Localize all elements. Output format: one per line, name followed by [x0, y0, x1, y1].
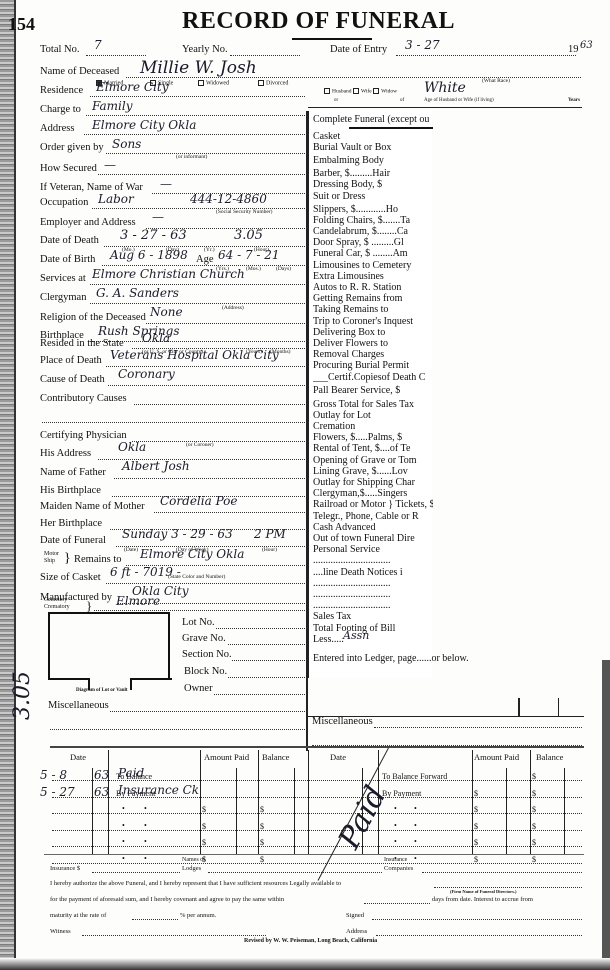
ledger-right-desc: To Balance Forward: [382, 772, 447, 781]
religion-label: Religion of the Deceased: [40, 312, 146, 323]
ledger-row-line: [52, 830, 582, 831]
charge-item[interactable]: Embalming Body: [313, 155, 433, 166]
ledger-bullet: •: [414, 804, 417, 813]
employer-value[interactable]: —: [152, 210, 164, 224]
title-underline: [292, 38, 372, 40]
charge-item[interactable]: Dressing Body, $: [313, 179, 433, 190]
order-given-sub: (or informant): [176, 154, 207, 160]
total-no-label: Total No.: [40, 44, 80, 55]
remains-to-value[interactable]: Elmore City Okla: [140, 547, 244, 561]
spouse-or: or: [334, 98, 338, 103]
days-line[interactable]: [364, 903, 430, 904]
clergyman-value[interactable]: G. A. Sanders: [96, 286, 179, 300]
cemetery-label: CemeteryCrematory: [44, 597, 70, 611]
marital-widowed[interactable]: Widowed: [198, 80, 229, 86]
owner-label: Owner: [184, 683, 213, 694]
ledger-tick-1: [518, 698, 520, 716]
ledger-bullet: •: [414, 837, 417, 846]
ledger-top-rule: [50, 746, 584, 748]
ledger-left-balance[interactable]: $: [260, 855, 264, 864]
spouse-age-label: Age of Husband or Wife (if living): [424, 98, 494, 103]
charge-item[interactable]: Candelabrum, $........Ca: [313, 226, 433, 237]
rate-line[interactable]: [132, 919, 178, 920]
address-line: [84, 134, 305, 135]
spouse-of: of: [400, 98, 404, 103]
ledger-right-balance[interactable]: $: [532, 772, 536, 781]
ledger-mid: [308, 750, 309, 854]
section-no-label: Section No.: [182, 649, 232, 660]
margin-rule: [14, 0, 16, 970]
remains-to-label: Remains to: [74, 554, 122, 565]
grave-no-label: Grave No.: [182, 633, 226, 644]
charge-item[interactable]: Clergyman,$.....Singers: [313, 488, 433, 499]
charge-item[interactable]: Extra Limousines: [313, 271, 433, 282]
spouse-divider: [308, 107, 582, 108]
revised-note: Revised by W. W. Peiseman, Long Beach, C…: [244, 938, 377, 944]
signed-label: Signed: [346, 912, 364, 919]
charge-item[interactable]: ...............................: [313, 578, 433, 589]
deceased-name-value[interactable]: Millie W. Josh: [140, 58, 257, 78]
payment-text-1: for the payment of aforesaid sum, and I …: [50, 896, 284, 903]
misc-line-right[interactable]: [374, 727, 582, 728]
mother-label: Maiden Name of Mother: [40, 501, 145, 512]
death-date-label: Date of Death: [40, 235, 99, 246]
payment-text-2: days from date. Interest to accrue from: [432, 896, 533, 903]
cause-value[interactable]: Coronary: [118, 367, 175, 381]
firm-note: (Firm Name of Funeral Directors.): [450, 889, 517, 894]
owner-line[interactable]: [214, 694, 305, 695]
her-birthplace-label: Her Birthplace: [40, 518, 102, 529]
funeral-sub-date: (Date): [124, 547, 138, 553]
block-no-line[interactable]: [228, 677, 305, 678]
contributory-label: Contributory Causes: [40, 393, 127, 404]
column-divider: [306, 111, 308, 751]
his-birthplace-label: His Birthplace: [40, 485, 101, 496]
charge-to-value[interactable]: Family: [92, 99, 133, 113]
misc-label-right: Miscellaneous: [312, 716, 373, 727]
ledger-bullet: •: [144, 821, 147, 830]
section-no-line[interactable]: [232, 660, 305, 661]
place-of-death-value[interactable]: Veterans Hospital Okla City: [110, 348, 279, 362]
charge-item[interactable]: ___Certif.Copiesof Death C: [313, 372, 433, 383]
sub-mos: (Mos.): [246, 266, 261, 272]
charge-item[interactable]: Funeral Car, $ ........Am: [313, 248, 433, 259]
sub-days: (Days): [276, 266, 291, 272]
misc-label-left: Miscellaneous: [48, 700, 109, 711]
sub-yr: (Yr.): [204, 247, 215, 253]
charge-item[interactable]: Telegr., Phone, Cable or R: [313, 511, 433, 522]
ssn-value[interactable]: 444-12-4860: [190, 192, 267, 206]
misc-line-left[interactable]: [110, 711, 305, 712]
lodges-label: Lodges: [182, 865, 201, 872]
father-line: [114, 478, 305, 479]
mother-line: [154, 512, 305, 513]
charge-item[interactable]: Delivering Box to: [313, 327, 433, 338]
diagram-label: Diagram of Lot or Vault: [76, 688, 128, 693]
clergyman-label: Clergyman: [40, 292, 86, 303]
motor-ship-label: MotorShip: [44, 551, 59, 565]
charge-item[interactable]: Out of town Funeral Dire: [313, 533, 433, 544]
charge-item[interactable]: ...............................: [313, 555, 433, 566]
ledger-left-handwritten[interactable]: Paid: [118, 766, 144, 780]
ledger-right-balance[interactable]: $: [532, 838, 536, 847]
address-value[interactable]: Elmore City Okla: [92, 118, 196, 132]
charge-item[interactable]: Limousines to Cemetery: [313, 260, 433, 271]
brace: }: [64, 553, 71, 565]
funeral-hour-value[interactable]: 2 PM: [254, 527, 286, 541]
ledger-right-balance[interactable]: $: [532, 805, 536, 814]
ledger-left-header-balance: Balance: [262, 752, 289, 762]
ledger-bullet: •: [122, 837, 125, 846]
checkbox-icon: [198, 80, 204, 86]
ledger-right-col-3: [506, 768, 507, 854]
his-address-label: His Address: [40, 448, 91, 459]
residence-line: [90, 96, 305, 97]
clergyman-sub: (Address): [222, 305, 244, 311]
cemetery-value[interactable]: Elmore: [116, 594, 160, 608]
charge-item[interactable]: Outlay for Shipping Char: [313, 477, 433, 488]
charge-item[interactable]: Gross Total for Sales Tax: [313, 399, 433, 410]
diagram-foot-right: [130, 678, 172, 680]
ledger-right-header-date: Date: [330, 752, 346, 762]
ledger-right-amount[interactable]: $: [474, 805, 478, 814]
residence-value[interactable]: Elmore City: [96, 80, 168, 94]
firm-name-line[interactable]: [434, 887, 582, 888]
deceased-name-label: Name of Deceased: [40, 66, 119, 77]
grave-no-line[interactable]: [228, 644, 305, 645]
physician-line: [132, 441, 305, 442]
total-no-line: [86, 55, 146, 56]
charge-item[interactable]: Burial Vault or Box: [313, 142, 433, 153]
spouse-age-unit: Years: [568, 98, 580, 103]
casket-size-sub: (State Color and Number): [168, 574, 225, 580]
funeral-sub-hour: (Hour): [262, 547, 277, 553]
signed-line[interactable]: [372, 919, 582, 920]
veteran-value[interactable]: —: [160, 177, 172, 191]
services-value[interactable]: Elmore Christian Church: [92, 267, 245, 281]
physician-sub: (or Coroner): [186, 442, 214, 448]
charge-to-line: [86, 115, 305, 116]
death-hour-value[interactable]: 3.05: [234, 228, 263, 243]
ledger-row-line: [52, 846, 582, 847]
charge-item[interactable]: Flowers, $.....Palms, $: [313, 432, 433, 443]
employer-label: Employer and Address: [40, 217, 136, 228]
charge-item[interactable]: Barber, $.........Hair: [313, 168, 433, 179]
order-given-label: Order given by: [40, 142, 104, 153]
order-given-value[interactable]: Sons: [112, 137, 141, 151]
ledger-left-header-date: Date: [70, 752, 86, 762]
occupation-line: [92, 208, 305, 209]
ledger-left-col-4: [258, 750, 259, 854]
ledger-row-line: [52, 863, 582, 864]
charge-item[interactable]: Opening of Grave or Tom: [313, 455, 433, 466]
race-value[interactable]: White: [424, 80, 466, 96]
services-label: Services at: [40, 273, 86, 284]
binding-edge: [0, 0, 14, 970]
ledger-bullet: •: [394, 804, 397, 813]
address-label: Address: [346, 928, 367, 935]
charge-item[interactable]: Autos to R. R. Station: [313, 282, 433, 293]
misc-line-left-2: [50, 729, 305, 730]
occupation-label: Occupation: [40, 197, 88, 208]
ledger-bullet: •: [394, 837, 397, 846]
services-line: [90, 284, 305, 285]
mother-value[interactable]: Cordelia Poe: [160, 494, 237, 508]
less-value[interactable]: Assn: [343, 629, 369, 642]
ledger-tick-2: [558, 698, 559, 716]
ledger-left-handwritten[interactable]: Insurance Ck: [118, 783, 199, 797]
charge-item[interactable]: Cremation: [313, 421, 433, 432]
checkbox-icon: [353, 88, 359, 94]
age-label: Age: [196, 254, 214, 265]
page-bottom-edge: [0, 958, 610, 970]
charge-item[interactable]: Personal Service: [313, 544, 433, 555]
father-label: Name of Father: [40, 467, 106, 478]
ledger-bullet: •: [394, 821, 397, 830]
birth-date-value[interactable]: Aug 6 - 1898: [110, 248, 188, 262]
insurance-line[interactable]: [92, 872, 180, 873]
block-no-label: Block No.: [184, 666, 227, 677]
charge-to-label: Charge to: [40, 104, 81, 115]
charge-item[interactable]: Slippers, $............Ho: [313, 204, 433, 215]
charge-item[interactable]: ....line Death Notices i: [313, 567, 433, 578]
ledger-left-date[interactable]: 5 - 27: [40, 785, 75, 799]
spouse-options[interactable]: Husband Wife Widow: [324, 88, 397, 94]
how-secured-line: [98, 174, 305, 175]
ledger-left-amount[interactable]: $: [202, 822, 206, 831]
footer-address-line[interactable]: [376, 935, 582, 936]
margin-note: 3.05: [10, 671, 35, 720]
birth-date-label: Date of Birth: [40, 254, 95, 265]
place-of-death-label: Place of Death: [40, 355, 102, 366]
ledger-left-year[interactable]: 63: [94, 768, 109, 782]
ledger-left-year[interactable]: 63: [94, 785, 109, 799]
ledger-left-balance[interactable]: $: [260, 805, 264, 814]
charge-item[interactable]: Getting Remains from: [313, 293, 433, 304]
witness-label: Witness: [50, 928, 71, 935]
yearly-no-line: [230, 55, 300, 56]
charge-item[interactable]: Deliver Flowers to: [313, 338, 433, 349]
ledger-bullet: •: [144, 804, 147, 813]
ledger-bullet: •: [144, 837, 147, 846]
his-address-value[interactable]: Okla: [118, 440, 146, 454]
date-of-entry-line: [396, 55, 576, 56]
ledger-left-header-amount: Amount Paid: [204, 752, 249, 762]
age-value[interactable]: 64 - 7 - 21: [218, 248, 280, 262]
funeral-date-label: Date of Funeral: [40, 535, 106, 546]
father-value[interactable]: Albert Josh: [122, 459, 190, 473]
charge-item[interactable]: ...............................: [313, 589, 433, 600]
charge-item[interactable]: Rental of Tent, $....of Te: [313, 443, 433, 454]
checkbox-icon: [373, 88, 379, 94]
lot-diagram-box: [48, 612, 170, 680]
charge-item[interactable]: ...............................: [313, 600, 433, 611]
ledger-right-amount[interactable]: $: [474, 789, 478, 798]
charge-item[interactable]: Folding Chairs, $.......Ta: [313, 215, 433, 226]
yearly-no-label: Yearly No.: [182, 44, 228, 55]
ledger-right-col-5: [564, 768, 565, 854]
companies-label-top: Insurance: [384, 857, 407, 863]
ledger-right-balance[interactable]: $: [532, 855, 536, 864]
year-value[interactable]: 63: [580, 40, 593, 51]
charge-item[interactable]: Lining Grave, $......Lov: [313, 466, 433, 477]
ledger-right-header-amount: Amount Paid: [474, 752, 519, 762]
ledger-left-date[interactable]: 5 - 8: [40, 768, 67, 782]
charge-item[interactable]: Pall Bearer Service, $: [313, 385, 433, 396]
cause-line: [108, 385, 305, 386]
charges-column: Complete Funeral (except ouCasketBurial …: [308, 111, 432, 678]
total-no-value[interactable]: 7: [94, 38, 102, 52]
companies-line[interactable]: [422, 872, 582, 873]
authorize-text: I hereby authorize the above Funeral, an…: [50, 880, 341, 887]
companies-label: Companies: [384, 865, 413, 872]
residence-label: Residence: [40, 85, 83, 96]
paid-stamp: Paid: [332, 780, 394, 854]
ledger-bullet: •: [122, 804, 125, 813]
ledger-entry-label: Entered into Ledger, page......or below.: [313, 653, 553, 664]
race-label: (What Race): [482, 78, 510, 84]
occupation-value[interactable]: Labor: [98, 192, 134, 206]
charges-header-underline: [349, 127, 433, 129]
ledger-left-col-1: [108, 750, 109, 854]
ledger-right-col-4: [530, 750, 531, 854]
ledger-right-header-balance: Balance: [536, 752, 563, 762]
physician-label: Certifying Physician: [40, 430, 127, 441]
clergyman-line: [90, 303, 305, 304]
ledger-right-balance[interactable]: $: [532, 822, 536, 831]
ssn-sub: (Social Security Number): [216, 209, 273, 215]
ledger-bullet: •: [414, 821, 417, 830]
ledger-left-col-2: [200, 750, 201, 854]
charge-item[interactable]: Less.....: [313, 634, 433, 645]
witness-line[interactable]: [82, 935, 266, 936]
lodges-label-top: Names of: [182, 857, 205, 863]
insurance-label: Insurance $: [50, 865, 80, 872]
casket-size-label: Size of Casket: [40, 572, 101, 583]
charge-item[interactable]: Procuring Burial Permit: [313, 360, 433, 371]
funeral-date-value[interactable]: Sunday 3 - 29 - 63: [122, 527, 233, 541]
ledger-left-amount[interactable]: $: [202, 805, 206, 814]
ledger-right-col-2: [472, 750, 473, 854]
contributory-line-2: [42, 422, 305, 423]
lot-no-line[interactable]: [216, 628, 305, 629]
cemetery-line: [94, 610, 305, 611]
charge-item[interactable]: Taking Remains to: [313, 304, 433, 315]
marital-divorced[interactable]: Divorced: [258, 80, 288, 86]
charge-item[interactable]: Outlay for Lot: [313, 410, 433, 421]
birth-date-line: [102, 265, 305, 266]
charges-header: Complete Funeral (except ou: [313, 114, 433, 125]
charge-item[interactable]: Casket: [313, 131, 433, 142]
resided-value[interactable]: Okla: [142, 331, 170, 345]
footer-divider: [44, 854, 584, 855]
charge-item[interactable]: Railroad or Motor } Tickets, $: [313, 499, 433, 510]
ledger-suffix: or below.: [431, 653, 468, 664]
charge-item[interactable]: Trip to Coroner's Inquest: [313, 316, 433, 327]
date-of-entry-value[interactable]: 3 - 27: [405, 38, 440, 52]
ledger-left-amount[interactable]: $: [202, 838, 206, 847]
charge-item[interactable]: Cash Advanced: [313, 522, 433, 533]
page-number: 154: [8, 14, 35, 35]
checkbox-icon: [324, 88, 330, 94]
ledger-label: Entered into Ledger, page: [313, 653, 416, 664]
cause-label: Cause of Death: [40, 374, 105, 385]
maturity-text: maturity at the rate of: [50, 912, 106, 919]
diagram-foot-left: [48, 678, 90, 680]
ledger-right-amount[interactable]: $: [474, 822, 478, 831]
ledger-bullet: •: [122, 821, 125, 830]
ledger-left-balance[interactable]: $: [260, 838, 264, 847]
year-prefix: 19: [568, 44, 579, 55]
charge-item[interactable]: Sales Tax: [313, 611, 433, 622]
lodges-line[interactable]: [208, 872, 382, 873]
contributory-line: [134, 404, 305, 405]
charge-item[interactable]: Door Spray, $ .........Gl: [313, 237, 433, 248]
death-date-value[interactable]: 3 - 27 - 63: [120, 228, 187, 243]
how-secured-label: How Secured: [40, 163, 97, 174]
charge-item[interactable]: Total Footing of Bill: [313, 623, 433, 634]
charge-item[interactable]: Removal Charges: [313, 349, 433, 360]
maturity-suffix: % per annum.: [180, 912, 216, 919]
ledger-right-balance[interactable]: $: [532, 789, 536, 798]
ledger-right-amount[interactable]: $: [474, 855, 478, 864]
religion-value[interactable]: None: [150, 305, 183, 319]
checkbox-icon: [258, 80, 264, 86]
ledger-right-amount[interactable]: $: [474, 838, 478, 847]
funeral-record-page: 154 RECORD OF FUNERAL Total No. 7 Yearly…: [0, 0, 610, 970]
document-title: RECORD OF FUNERAL: [182, 8, 455, 35]
date-of-entry-label: Date of Entry: [330, 44, 387, 55]
address-label: Address: [40, 123, 74, 134]
charge-item[interactable]: Suit or Dress: [313, 191, 433, 202]
page-shadow: [602, 660, 610, 960]
ledger-row-line: [52, 813, 582, 814]
ledger-left-balance[interactable]: $: [260, 822, 264, 831]
how-secured-value[interactable]: —: [104, 158, 116, 172]
lot-no-label: Lot No.: [182, 617, 215, 628]
diagram-leg-right: [130, 678, 132, 690]
